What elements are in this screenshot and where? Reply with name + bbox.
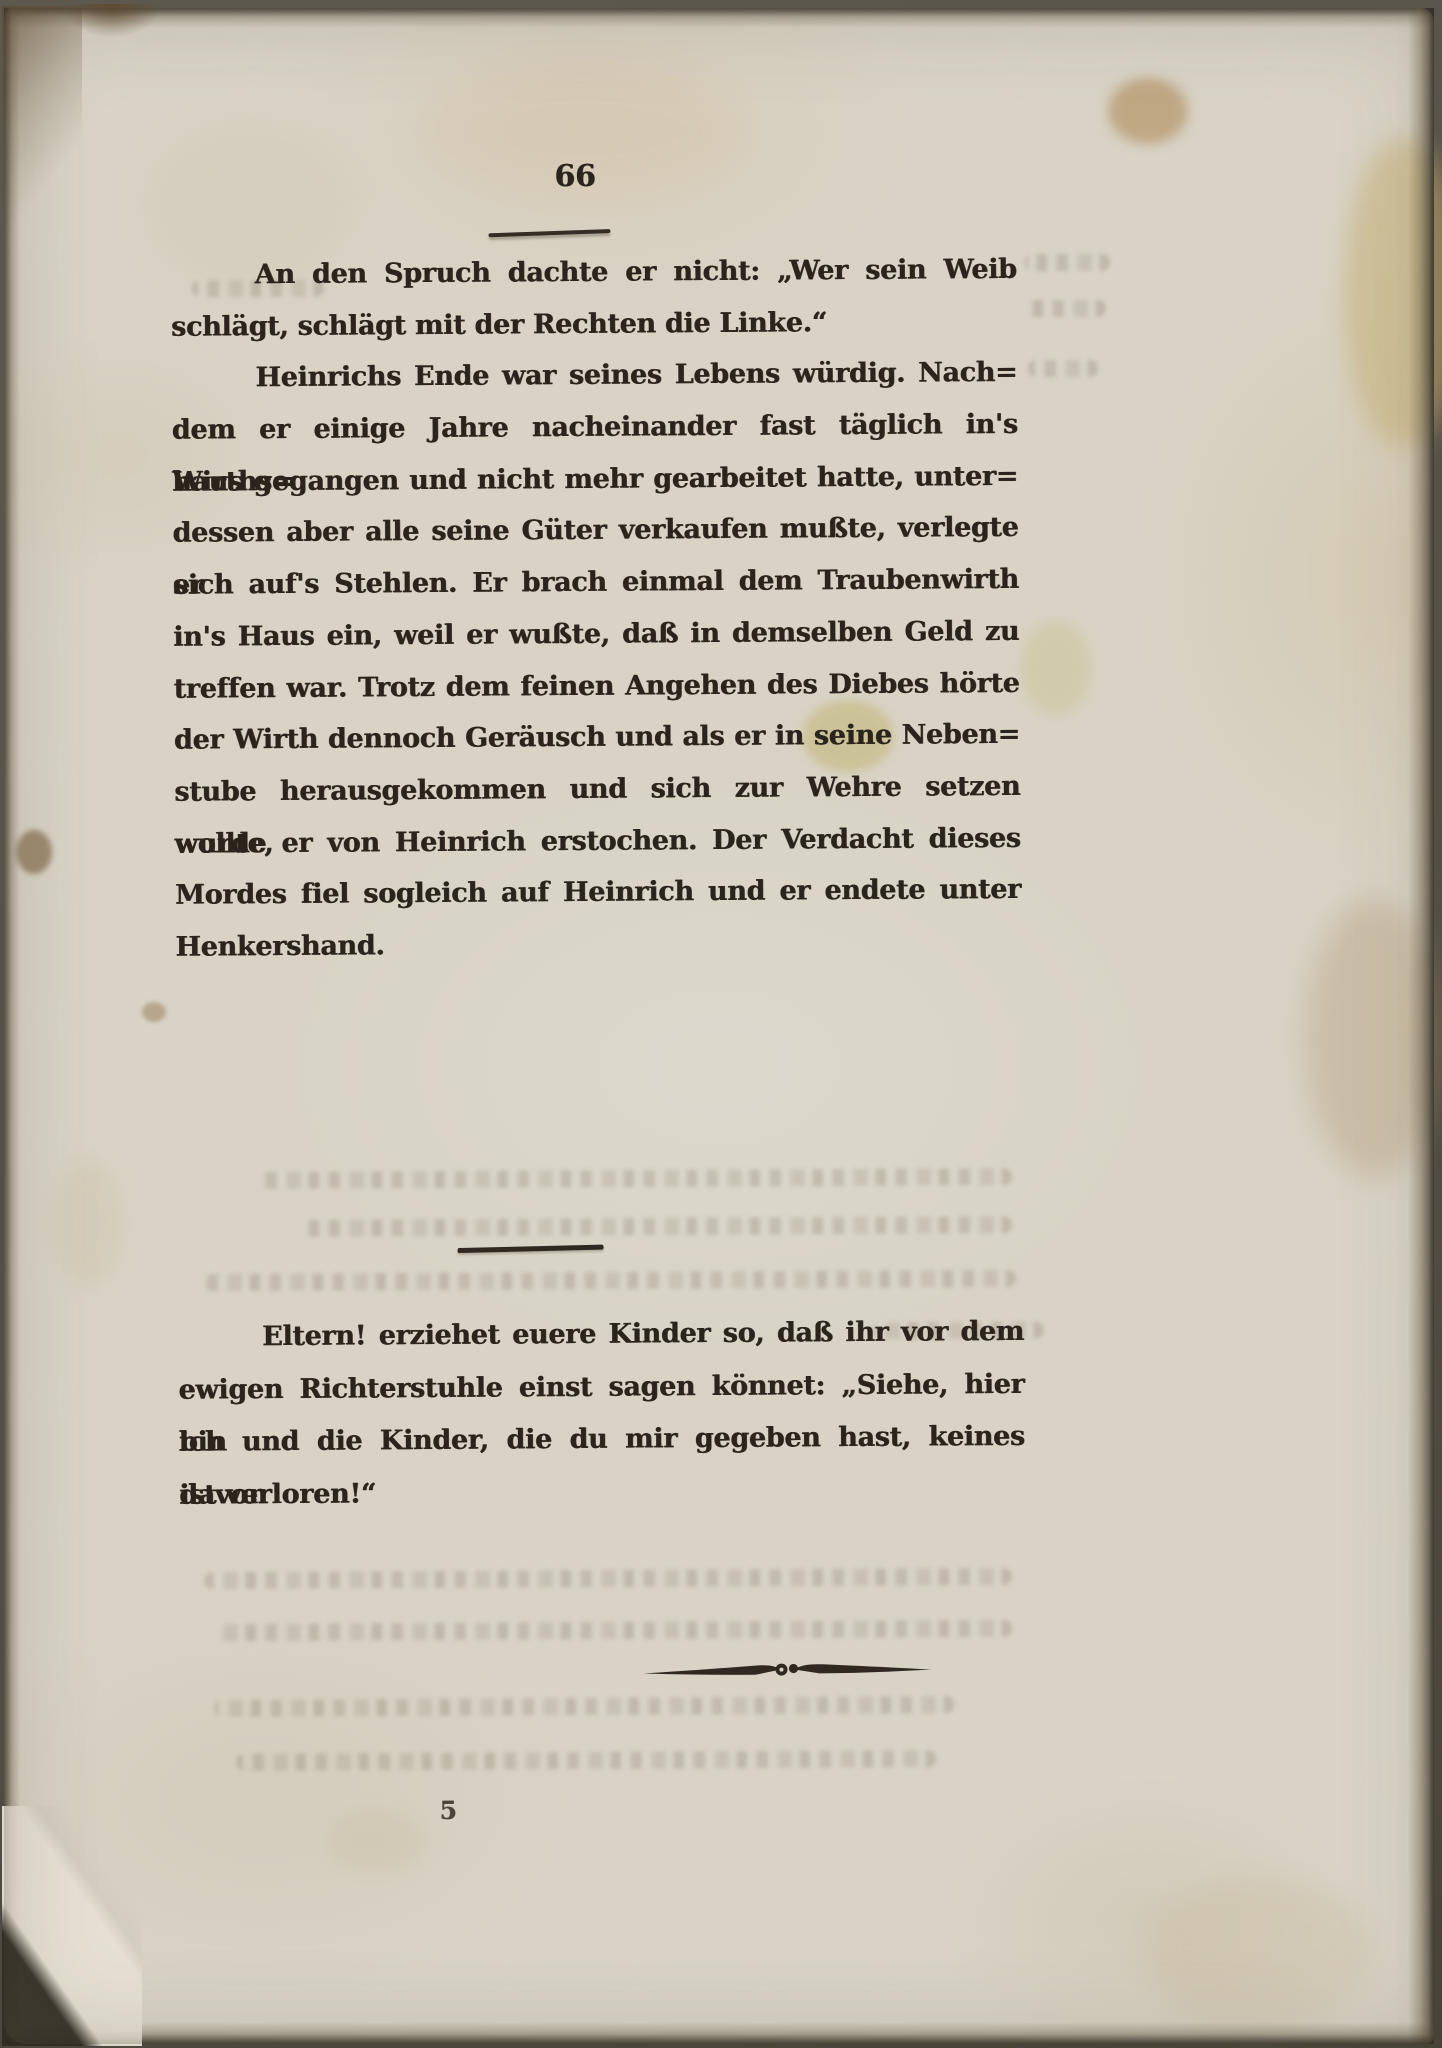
text-line: Heinrichs Ende war seines Lebens würdig.… [171, 347, 1017, 405]
text-line: schlägt, schlägt mit der Rechten die Lin… [171, 296, 1017, 354]
text-line: Mordes fiel sogleich auf Heinrich und er… [175, 864, 1021, 922]
text-line: Henkershand. [175, 916, 1021, 974]
text-line: dessen aber alle seine Güter verkaufen m… [172, 502, 1018, 560]
closing-admonition-text: Eltern! erziehet euere Kinder so, daß ih… [178, 1306, 1025, 1522]
text-line: An den Spruch dachte er nicht: „Wer sein… [171, 244, 1017, 302]
text-line: der Wirth dennoch Geräusch und als er in… [174, 709, 1020, 767]
text-line: sich auf's Stehlen. Er brach einmal dem … [173, 554, 1019, 612]
text-line: stube herausgekommen und sich zur Wehre … [174, 761, 1020, 819]
text-line: ich und die Kinder, die du mir gegeben h… [179, 1411, 1025, 1469]
page-number-rule [488, 229, 610, 237]
book-page: 66 An den Spruch dachte er nicht: „Wer s… [4, 8, 1434, 2044]
page-number: 66 [475, 158, 675, 194]
text-line: treffen war. Trotz dem feinen Angehen de… [173, 657, 1019, 715]
text-line: wurde er von Heinrich erstochen. Der Ver… [175, 812, 1021, 870]
signature-mark: 5 [439, 1796, 456, 1825]
text-line: ewigen Richterstuhle einst sagen könnet:… [178, 1358, 1024, 1416]
printed-content: 66 An den Spruch dachte er nicht: „Wer s… [0, 3, 1441, 2048]
text-line: ist verloren!“ [179, 1463, 1025, 1521]
body-text: An den Spruch dachte er nicht: „Wer sein… [171, 244, 1022, 974]
text-line: Eltern! erziehet euere Kinder so, daß ih… [178, 1306, 1024, 1364]
section-divider-rule [458, 1245, 604, 1253]
text-line: haus gegangen und nicht mehr gearbeitet … [172, 451, 1018, 509]
tailpiece-ornament-icon [641, 1657, 933, 1687]
photograph-backdrop: 66 An den Spruch dachte er nicht: „Wer s… [0, 0, 1442, 2048]
text-line: dem er einige Jahre nacheinander fast tä… [172, 399, 1018, 457]
text-line: in's Haus ein, weil er wußte, daß in dem… [173, 606, 1019, 664]
